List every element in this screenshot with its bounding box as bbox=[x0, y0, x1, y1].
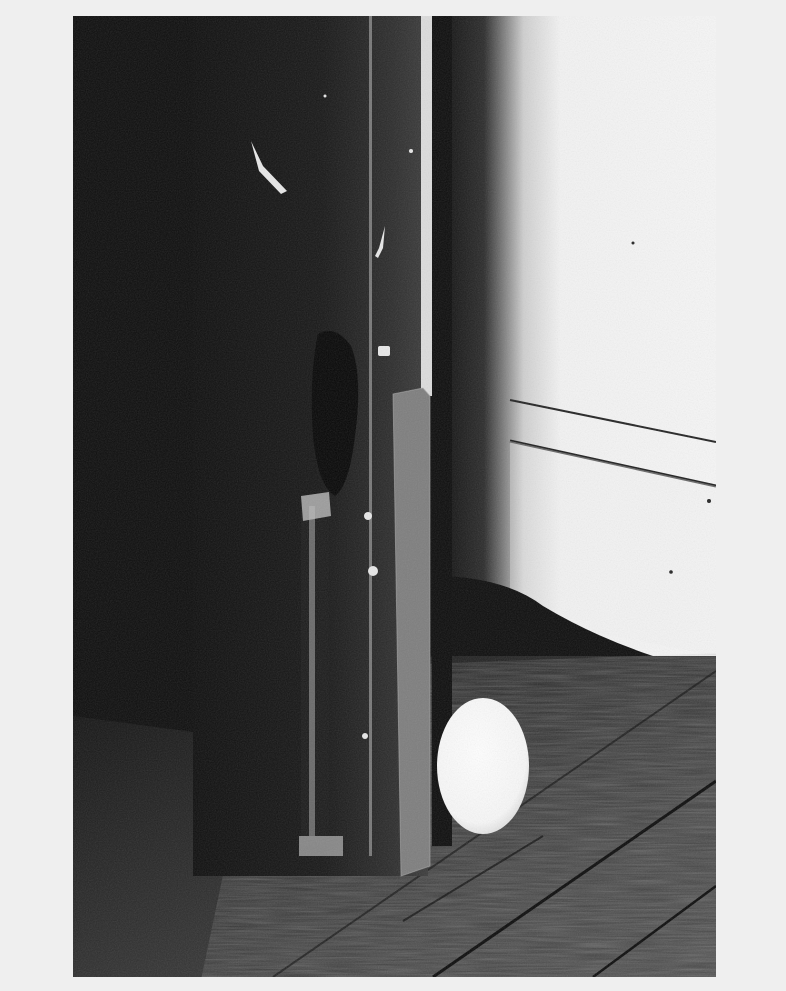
photograph: Black-and-white photograph of a worn, pa… bbox=[73, 16, 716, 977]
photo-scene: Black-and-white photograph of a worn, pa… bbox=[73, 16, 716, 977]
film-grain bbox=[73, 16, 716, 977]
